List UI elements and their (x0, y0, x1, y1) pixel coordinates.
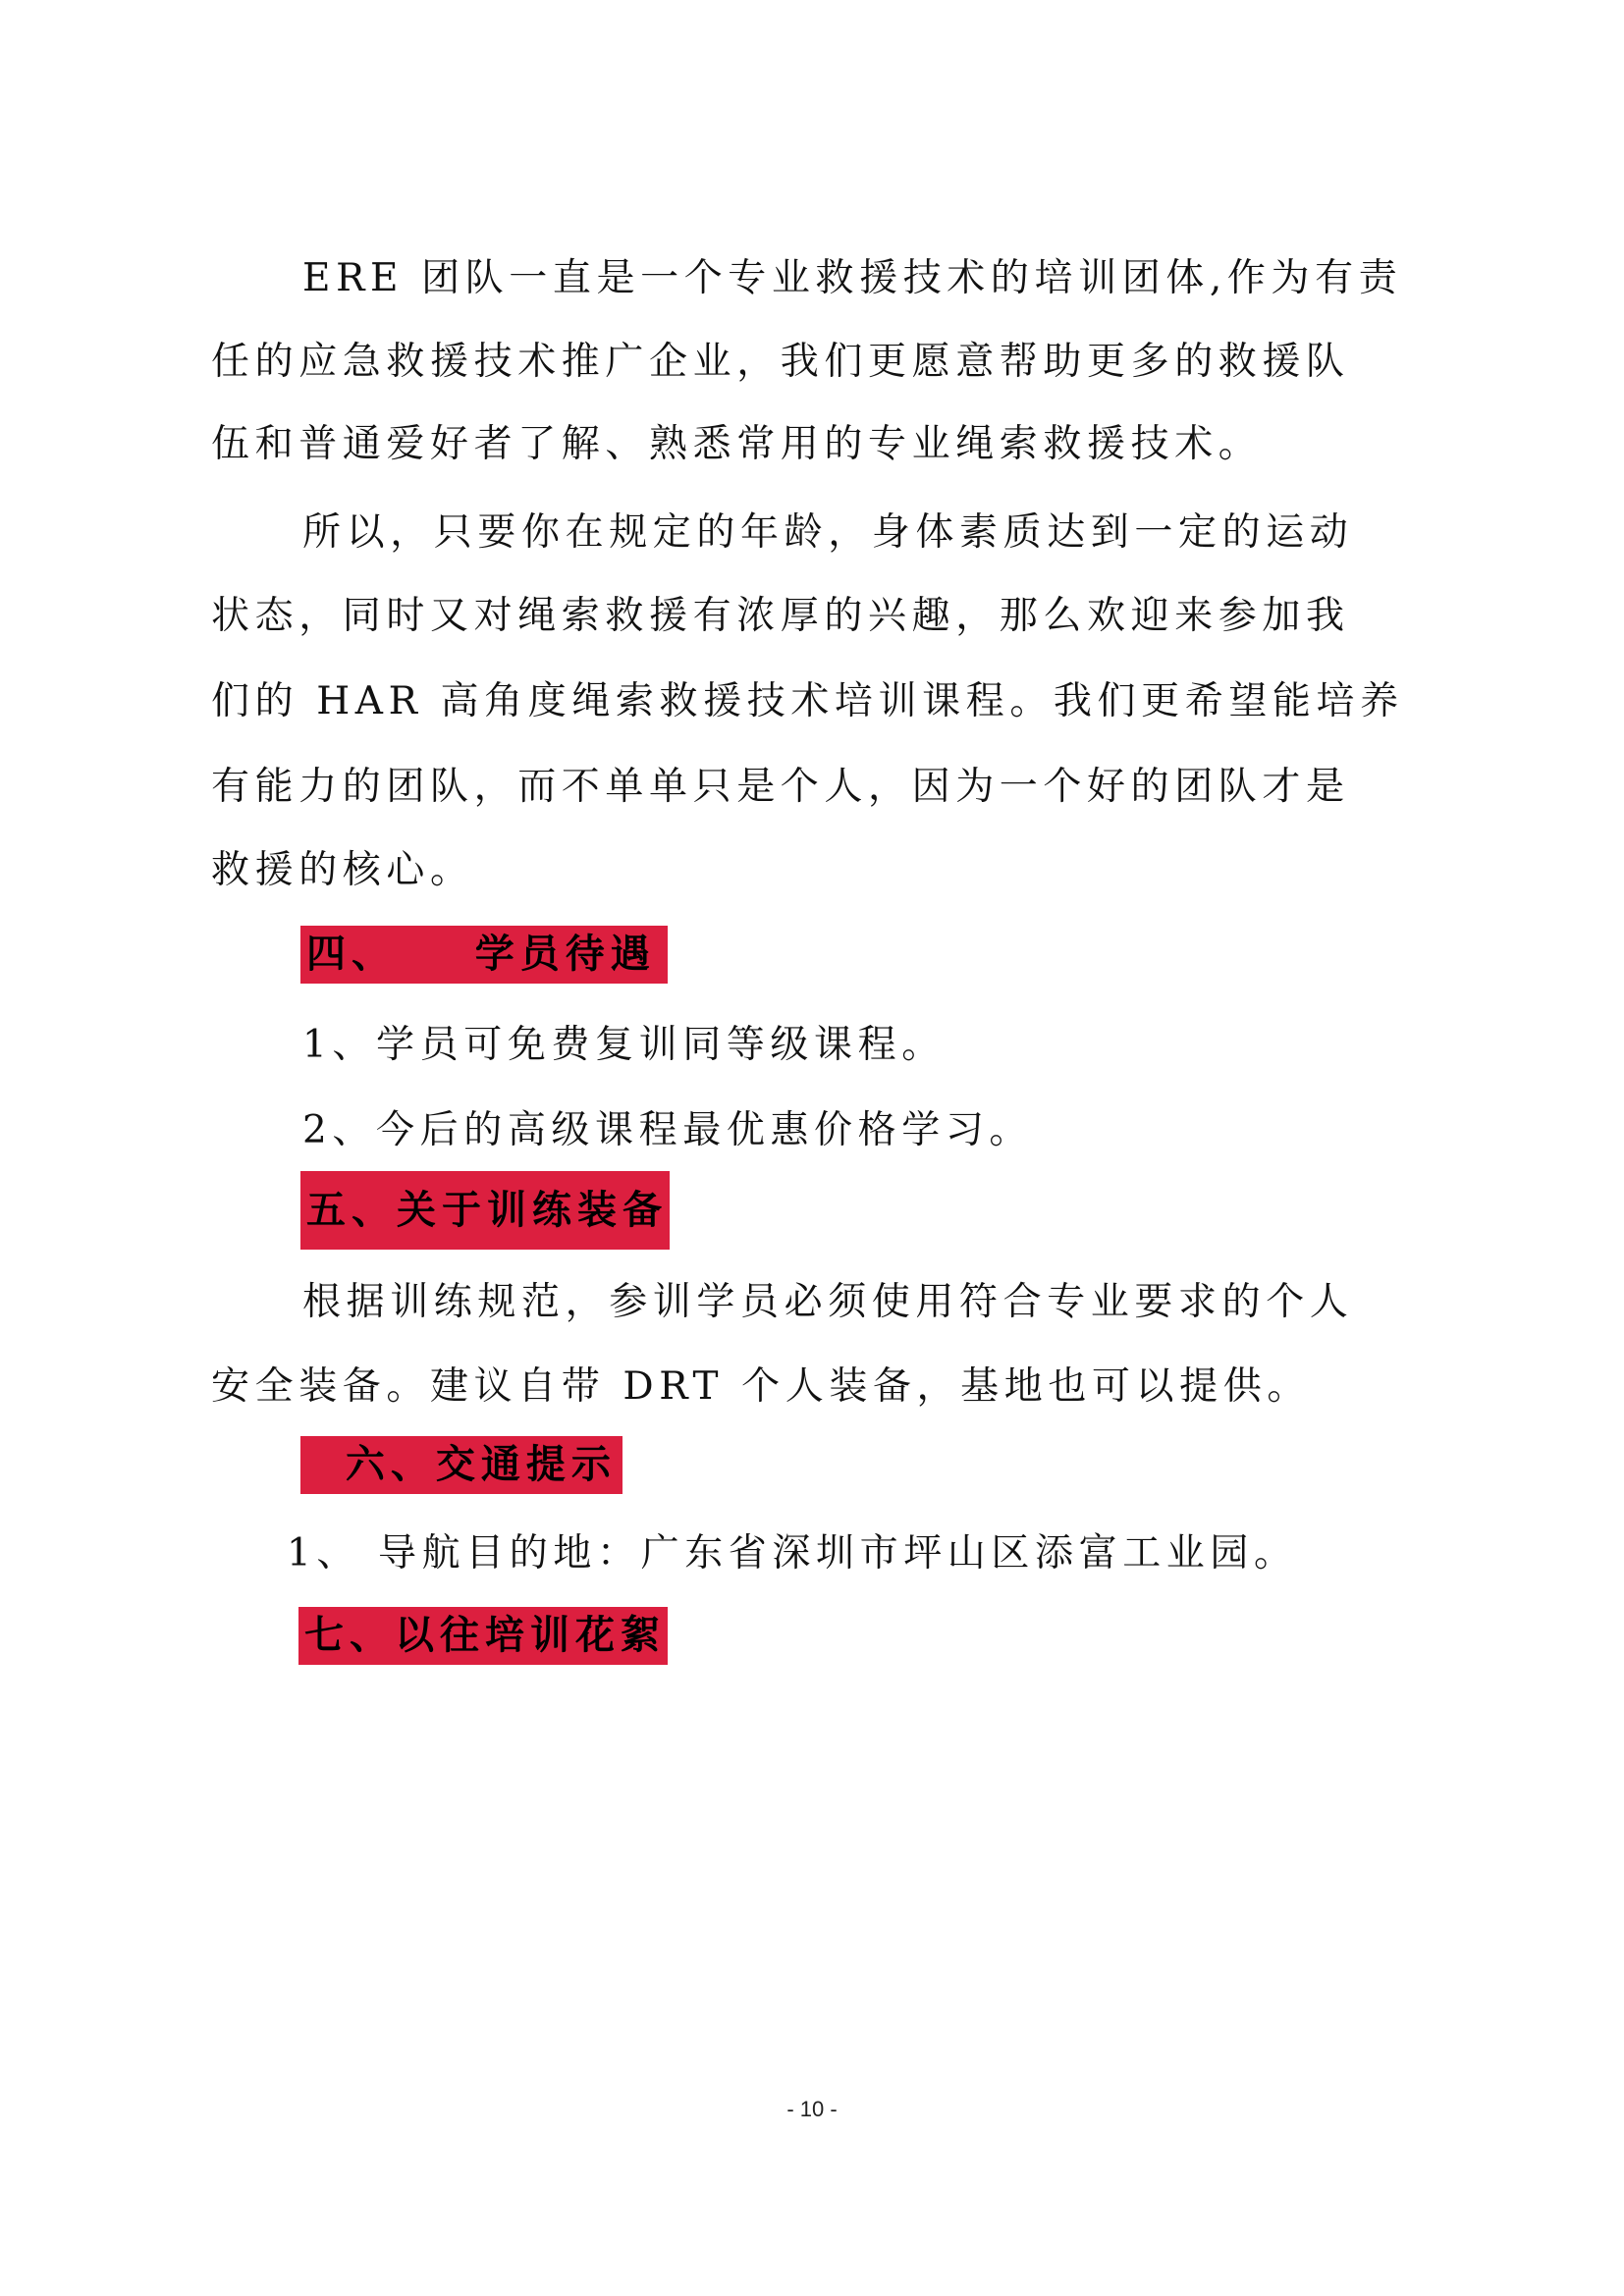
paragraph-line: 任的应急救援技术推广企业，我们更愿意帮助更多的救援队 (211, 338, 1419, 387)
paragraph-line: 所以，只要你在规定的年龄，身体素质达到一定的运动 (302, 508, 1510, 558)
paragraph-line: 们的 HAR 高角度绳索救援技术培训课程。我们更希望能培养 (211, 677, 1419, 726)
paragraph-line: 状态，同时又对绳索救援有浓厚的兴趣，那么欢迎来参加我 (211, 592, 1419, 641)
paragraph-line: 伍和普通爱好者了解、熟悉常用的专业绳索救援技术。 (211, 420, 1419, 469)
list-item: 1、学员可免费复训同等级课程。 (302, 1021, 1510, 1070)
list-item: 2、今后的高级课程最优惠价格学习。 (302, 1106, 1510, 1155)
paragraph-line: 安全装备。建议自带 DRT 个人装备，基地也可以提供。 (211, 1362, 1419, 1412)
paragraph-line: ERE 团队一直是一个专业救援技术的培训团体,作为有责 (302, 254, 1510, 303)
list-item: 1、 导航目的地：广东省深圳市坪山区添富工业园。 (287, 1529, 1494, 1578)
paragraph-line: 根据训练规范，参训学员必须使用符合专业要求的个人 (302, 1278, 1510, 1327)
paragraph-line: 有能力的团队，而不单单只是个人，因为一个好的团队才是 (211, 763, 1419, 812)
section-heading-transport: 六、交通提示 (300, 1436, 623, 1494)
page-number: - 10 - (0, 2097, 1624, 2122)
section-heading-equipment: 五、关于训练装备 (300, 1171, 670, 1250)
section-heading-benefits: 四、 学员待遇 (300, 926, 668, 984)
document-page: ERE 团队一直是一个专业救援技术的培训团体,作为有责 任的应急救援技术推广企业… (0, 0, 1624, 2296)
section-heading-gallery: 七、以往培训花絮 (298, 1607, 668, 1665)
paragraph-line: 救援的核心。 (211, 846, 1419, 895)
